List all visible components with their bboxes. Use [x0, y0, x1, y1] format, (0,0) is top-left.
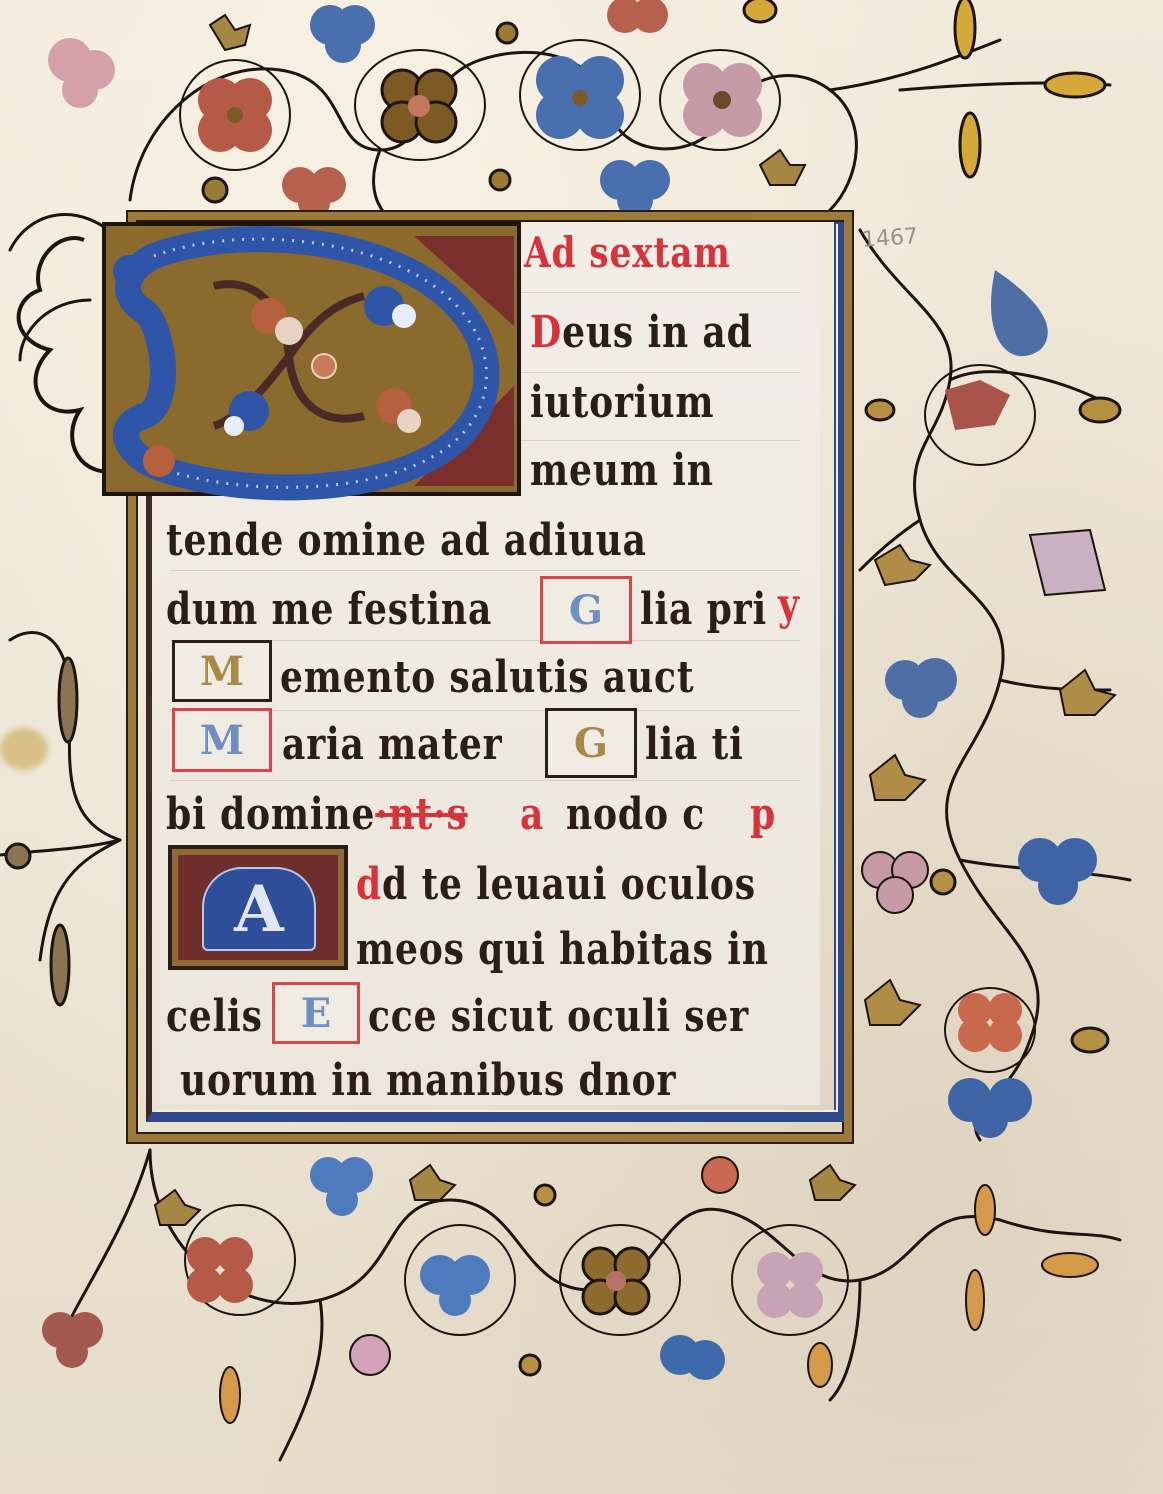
blue-flower-icon: [536, 56, 624, 139]
text-line-11-cont: cce sicut oculi ser: [368, 992, 749, 1042]
red-berry-icon: [702, 1157, 738, 1193]
ruling-line: [170, 570, 800, 571]
gold-spiky-berry-icon: [866, 398, 1120, 1052]
pink-flower-icon: [48, 38, 115, 108]
text-line-12: uorum in manibus dnor: [180, 1056, 676, 1106]
text-line-7: aria mater: [282, 720, 502, 770]
rubric-letter-a: a: [520, 790, 544, 840]
text-line-6: emento salutis auct: [280, 653, 694, 703]
red-quatrefoil-icon: [945, 380, 1022, 1052]
struck-text: ·nt·s: [375, 789, 467, 840]
text-line-5: dum me festina: [166, 585, 492, 635]
text-line-8: bi domine·nt·s: [166, 790, 468, 840]
rubric-mark: y: [778, 580, 800, 630]
major-initial-a: A: [168, 845, 348, 970]
rubric-heading: Ad sextam: [524, 228, 731, 278]
gold-quatrefoil-icon: [583, 1248, 649, 1314]
gold-seed-pod-icon: [220, 1185, 1098, 1423]
rosette-icon: [312, 354, 336, 378]
text-line-7-cont: lia ti: [645, 720, 744, 770]
gold-spiky-berry-icon: [520, 1185, 555, 1375]
initial-letter: A: [202, 867, 316, 951]
text-line-4: tende omine ad adiuua: [166, 516, 647, 566]
gold-ivy-leaf-icon: [155, 1165, 855, 1225]
minor-initial-g-gold: G: [545, 708, 637, 778]
text-line-10: meos qui habitas in: [356, 925, 769, 975]
rubric-letter: D: [530, 307, 562, 358]
text-line-11: celis: [166, 992, 263, 1042]
red-quatrefoil-icon: [42, 1237, 253, 1368]
illuminated-initial-d: [84, 216, 524, 506]
text-line-1: Deus in ad: [530, 308, 753, 358]
text-line-5-cont: lia pri: [640, 585, 767, 635]
text-line-2: iutorium: [530, 378, 714, 428]
marginal-pencil-note: 1467: [861, 224, 919, 253]
text-line-8-cont: nodo c: [566, 790, 705, 840]
pink-flower-icon: [683, 63, 762, 137]
minor-initial-g: G: [540, 576, 632, 644]
minor-initial-m-blue: M: [172, 708, 272, 772]
ruling-line: [170, 780, 800, 781]
red-quatrefoil-icon: [198, 78, 272, 152]
text-line-3: meum in: [530, 446, 714, 496]
minor-initial-e: E: [272, 982, 360, 1044]
rubric-mark-p: p: [750, 790, 776, 840]
minor-initial-m-gold: M: [172, 640, 272, 702]
gold-quatrefoil-icon: [382, 70, 456, 142]
text-line-9: dd te leuaui oculos: [356, 860, 756, 910]
